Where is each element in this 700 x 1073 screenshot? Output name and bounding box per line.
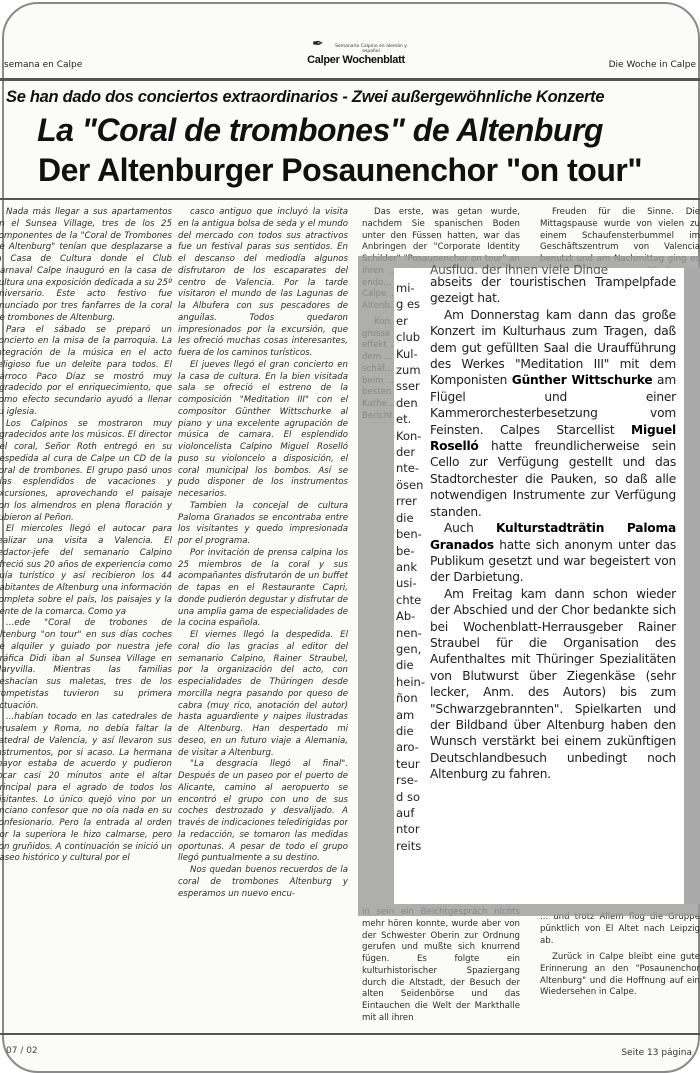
paragraph: in sein ein Beichtgespräch nichts mehr h… bbox=[362, 907, 520, 1025]
quill-logo-icon: ✒ bbox=[312, 36, 324, 52]
excerpt-right-shadow bbox=[684, 268, 700, 904]
paragraph: El miercoles llegó el autocar para reali… bbox=[0, 524, 172, 618]
paragraph: ... und trotz Allem flog die Gruppe pünk… bbox=[540, 912, 700, 947]
excerpt-paragraph: abseits der touristischen Trampelpfade g… bbox=[430, 274, 676, 307]
page-header: semana en Calpe ✒ Semanario Calpino en a… bbox=[0, 44, 700, 74]
paragraph: El viernes llegó la despedida. El coral … bbox=[178, 630, 348, 759]
paragraph: ...habían tocado en las catedrales de Je… bbox=[0, 712, 172, 865]
headline-title-de: Der Altenburger Posaunenchor "on tour" bbox=[0, 152, 700, 189]
composer-name: Günther Wittschurke bbox=[512, 373, 653, 387]
headline-subtitle: Se han dado dos conciertos extraordinari… bbox=[6, 88, 700, 107]
excerpt-lead-line: Ausflug, der ihnen viele Dinge bbox=[430, 262, 676, 274]
paragraph: Nada más llegar a sus apartamentos en el… bbox=[0, 207, 172, 325]
paragraph: casco antiguo que incluyó la visita en l… bbox=[178, 207, 348, 360]
header-left-label: semana en Calpe bbox=[4, 60, 82, 70]
column-fragments: mi- g es er club Kul- zum sser den et. K… bbox=[396, 280, 432, 854]
article-column-es-2: casco antiguo que incluyó la visita en l… bbox=[178, 207, 348, 1027]
excerpt-box: Ausflug, der ihnen viele Dinge abseits d… bbox=[394, 268, 684, 904]
header-right-label: Die Woche in Calpe bbox=[609, 60, 696, 70]
paragraph: Tambien la concejal de cultura Paloma Gr… bbox=[178, 501, 348, 548]
excerpt-paragraph: Am Donnerstag kam dann das große Konzert… bbox=[430, 307, 676, 520]
masthead-tagline: Semanario Calpino en alemán y español bbox=[326, 44, 416, 54]
masthead: ✒ Semanario Calpino en alemán y español … bbox=[296, 44, 416, 66]
paragraph: Zurück in Calpe bleibt eine gute Erinner… bbox=[540, 952, 700, 999]
article-column-es-1: Nada más llegar a sus apartamentos en el… bbox=[0, 207, 172, 1027]
paragraph: El jueves llegó el gran concierto en la … bbox=[178, 360, 348, 501]
excerpt-paragraph: Am Freitag kam dann schon wieder der Abs… bbox=[430, 586, 676, 783]
paragraph: Nos quedan buenos recuerdos de la coral … bbox=[178, 865, 348, 900]
footer-rule bbox=[0, 1033, 700, 1035]
paragraph: Por invitación de prensa calpina los 25 … bbox=[178, 548, 348, 630]
page-number: Seite 13 página bbox=[621, 1048, 692, 1058]
masthead-name: Calper Wochenblatt bbox=[296, 54, 416, 66]
excerpt-paragraph: Auch Kulturstadträtin Paloma Granados ha… bbox=[430, 520, 676, 586]
header-rule bbox=[0, 78, 700, 81]
issue-date: 07 / 02 bbox=[6, 1046, 38, 1056]
headline-title-es: La "Coral de trombones" de Altenburg bbox=[0, 112, 700, 149]
paragraph: Los Calpinos se mostraron muy agradecido… bbox=[0, 419, 172, 525]
paragraph: Para el sábado se preparó un concierto e… bbox=[0, 325, 172, 419]
headline-rule bbox=[0, 198, 700, 200]
paragraph: ...ede "Coral de trobones de Altenburg "… bbox=[0, 618, 172, 712]
paragraph: "La desgracia llegó al final". Después d… bbox=[178, 759, 348, 865]
